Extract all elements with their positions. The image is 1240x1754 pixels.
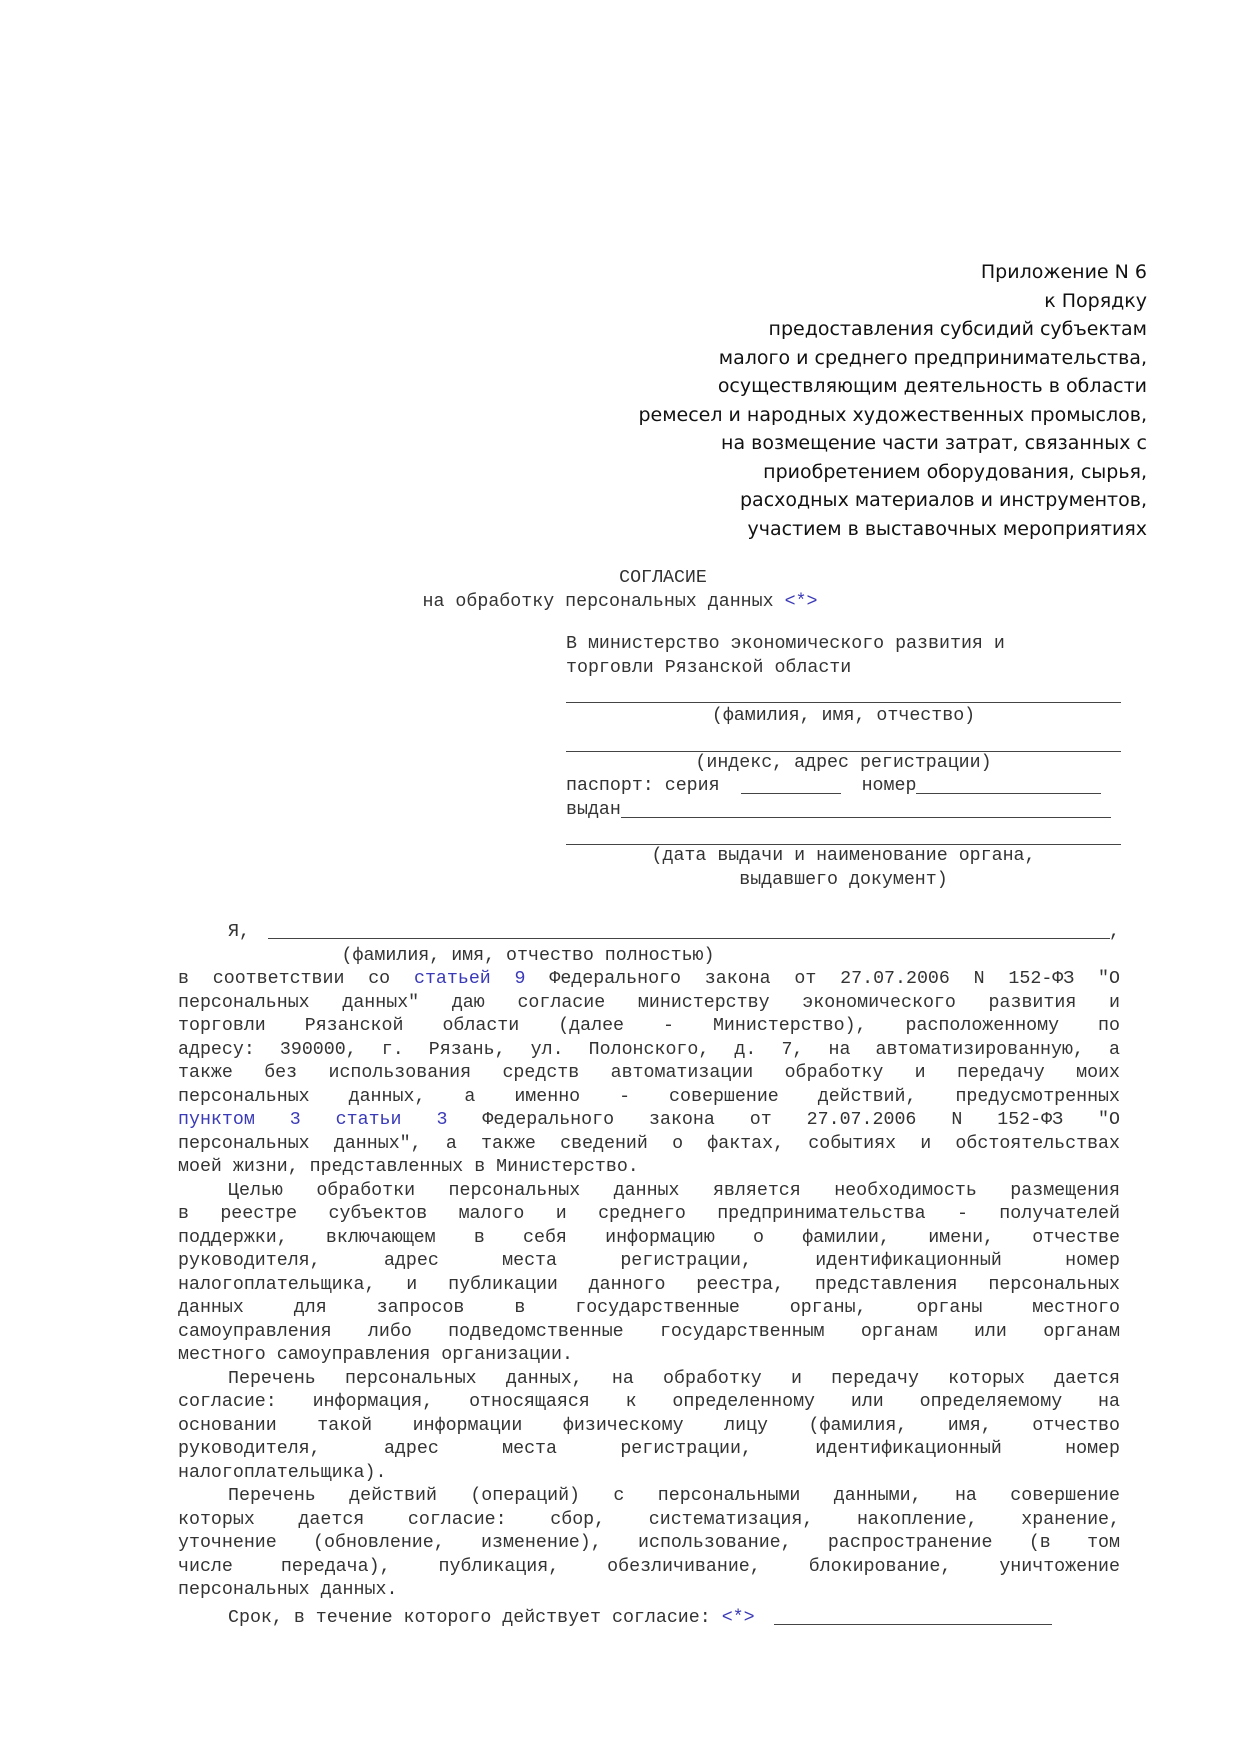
- text-line: персональных данных", а также сведений о…: [178, 1133, 1120, 1157]
- spacer: [566, 680, 1121, 698]
- text-line: Перечень персональных данных, на обработ…: [178, 1368, 1120, 1392]
- document-page: Приложение N 6 к Порядку предоставления …: [0, 0, 1240, 1754]
- addressee-line-1: В министерство экономического развития и: [566, 633, 1121, 657]
- appendix-line: Приложение N 6: [527, 258, 1147, 287]
- text-line: поддержки, включающем в себя информацию …: [178, 1227, 1120, 1251]
- text-line: в реестре субъектов малого и среднего пр…: [178, 1203, 1120, 1227]
- text-line: персональных данных.: [178, 1579, 1120, 1603]
- text-line: налогоплательщика, и публикации данного …: [178, 1274, 1120, 1298]
- consent-paragraph-1: в соответствии со статьей 9 Федерального…: [178, 968, 1120, 1603]
- text-line: уточнение (обновление, изменение), испол…: [178, 1532, 1120, 1556]
- text-segment: в соответствии со: [178, 969, 414, 989]
- term-blank[interactable]: [774, 1606, 1052, 1625]
- footnote-link[interactable]: <*>: [785, 592, 818, 612]
- text-line: адресу: 390000, г. Рязань, ул. Полонског…: [178, 1039, 1120, 1063]
- text-line: налогоплательщика).: [178, 1462, 1120, 1486]
- issued-blank[interactable]: [621, 799, 1111, 818]
- address-blank[interactable]: [566, 729, 1121, 752]
- fio-blank[interactable]: [566, 698, 1121, 703]
- text-line: пунктом 3 статьи 3 Федерального закона о…: [178, 1109, 1120, 1133]
- text-line: данных для запросов в государственные ор…: [178, 1297, 1120, 1321]
- text-line: Перечень действий (операций) с персональ…: [178, 1485, 1120, 1509]
- text-line: согласие: информация, относящаяся к опре…: [178, 1391, 1120, 1415]
- text-line: Целью обработки персональных данных явля…: [178, 1180, 1120, 1204]
- appendix-line: к Порядку: [527, 287, 1147, 316]
- passport-series-blank[interactable]: [741, 775, 841, 794]
- article-9-link[interactable]: статьей 9: [414, 969, 526, 989]
- text-line: руководителя, адрес места регистрации, и…: [178, 1250, 1120, 1274]
- text-line: в соответствии со статьей 9 Федерального…: [178, 968, 1120, 992]
- text-segment: Федерального закона от 27.07.2006 N 152-…: [447, 1110, 1120, 1130]
- fullname-blank[interactable]: [268, 938, 1110, 939]
- text-line: самоуправления либо подведомственные гос…: [178, 1321, 1120, 1345]
- appendix-line: приобретением оборудования, сырья,: [527, 458, 1147, 487]
- ya-comma: ,: [1109, 920, 1120, 944]
- term-label: Срок, в течение которого действует согла…: [228, 1608, 711, 1628]
- appendix-line: осуществляющим деятельность в области: [527, 372, 1147, 401]
- text-line: персональных данных, а именно - совершен…: [178, 1086, 1120, 1110]
- text-line: основании такой информации физическому л…: [178, 1415, 1120, 1439]
- appendix-line: участием в выставочных мероприятиях: [527, 515, 1147, 544]
- issue-caption-2: выдавшего документ): [566, 869, 1121, 893]
- text-line: которых дается согласие: сбор, системати…: [178, 1509, 1120, 1533]
- passport-number-blank[interactable]: [916, 775, 1101, 794]
- issued-label: выдан: [566, 800, 621, 820]
- document-title: СОГЛАСИЕ: [43, 568, 1240, 588]
- text-segment: Федерального закона от 27.07.2006 N 152-…: [526, 969, 1120, 989]
- issued-row: выдан: [566, 799, 1121, 823]
- appendix-header: Приложение N 6 к Порядку предоставления …: [527, 258, 1147, 543]
- text-line: также без использования средств автомати…: [178, 1062, 1120, 1086]
- fullname-row: Я, ,: [228, 920, 1120, 944]
- appendix-line: малого и среднего предпринимательства,: [527, 344, 1147, 373]
- text-line: местного самоуправления организации.: [178, 1344, 1120, 1368]
- document-subtitle: на обработку персональных данных <*>: [0, 592, 1240, 612]
- appendix-line: расходных материалов и инструментов,: [527, 486, 1147, 515]
- issued-blank-2[interactable]: [566, 822, 1121, 845]
- passport-number-label: номер: [862, 776, 917, 796]
- appendix-line: на возмещение части затрат, связанных с: [527, 429, 1147, 458]
- fullname-caption: (фамилия, имя, отчество полностью): [178, 944, 878, 968]
- address-caption: (индекс, адрес регистрации): [566, 752, 1121, 776]
- text-line: руководителя, адрес места регистрации, и…: [178, 1438, 1120, 1462]
- text-line: числе передача), публикация, обезличиван…: [178, 1556, 1120, 1580]
- consent-term-row: Срок, в течение которого действует согла…: [228, 1606, 1120, 1630]
- text-line: персональных данных" даю согласие минист…: [178, 992, 1120, 1016]
- term-footnote-link[interactable]: <*>: [722, 1608, 755, 1628]
- text-line: торговли Рязанской области (далее - Мини…: [178, 1015, 1120, 1039]
- issue-caption-1: (дата выдачи и наименование органа,: [566, 845, 1121, 869]
- article-3-point-3-link[interactable]: пунктом 3 статьи 3: [178, 1110, 447, 1130]
- addressee-block: В министерство экономического развития и…: [566, 633, 1121, 892]
- ya-label: Я,: [228, 920, 250, 944]
- text-line: моей жизни, представленных в Министерств…: [178, 1156, 1120, 1180]
- appendix-line: предоставления субсидий субъектам: [527, 315, 1147, 344]
- passport-row: паспорт: серия номер: [566, 775, 1121, 799]
- subtitle-text: на обработку персональных данных: [423, 592, 774, 612]
- fio-caption: (фамилия, имя, отчество): [566, 705, 1121, 729]
- addressee-line-2: торговли Рязанской области: [566, 657, 1121, 681]
- passport-series-label: паспорт: серия: [566, 776, 720, 796]
- appendix-line: ремесел и народных художественных промыс…: [527, 401, 1147, 430]
